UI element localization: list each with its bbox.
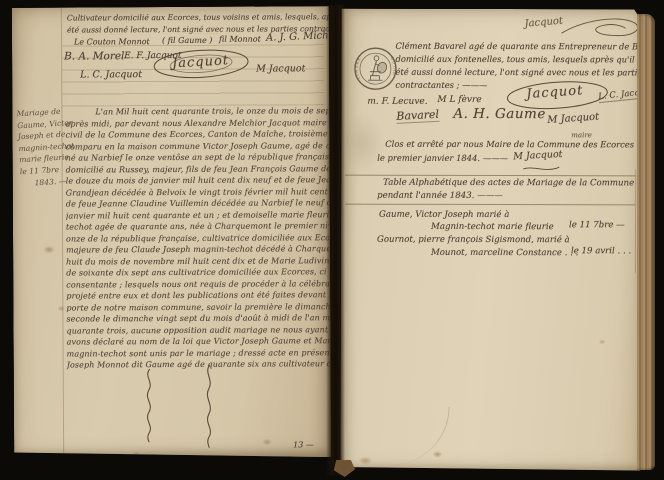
act-line: majeure de feu Claude Joseph magnin-tech… (66, 243, 329, 256)
table-row-bride: Mounot, marceline Constance . . . (431, 248, 578, 258)
act-line: techot agée de quarante ans, née à Charq… (66, 220, 329, 233)
stain (432, 451, 442, 458)
table-row-groom: Gaume, Victor Joseph marié à (379, 210, 509, 220)
witness-line: été aussi donné lecture, l'ont signé ave… (395, 67, 641, 78)
stain (358, 457, 372, 465)
act-text: L'an Mil huit cent quarante trois, le on… (65, 105, 329, 371)
signature-bavarel: Bavarel (396, 108, 439, 124)
act-line: avons déclaré au nom de la loi que Victo… (67, 335, 330, 348)
table-margin-line (635, 169, 636, 273)
witness-line: domicilié aux fontenelles, tous amis, le… (395, 54, 641, 65)
signature-ah-gaume: A. H. Gaume (453, 106, 546, 122)
closure-signature: M Jacquot (513, 149, 563, 162)
act-line: le douze du mois de janvier mil huit cen… (66, 174, 329, 187)
act-line: Joseph Monnot dit Gaume agé de quarante … (67, 358, 330, 371)
signature-ml-fevre: M L fèvre (437, 95, 481, 105)
stain (57, 306, 65, 312)
table-rule (345, 175, 635, 177)
signature-monnot: Le Couton Monnot (74, 37, 150, 46)
witness-line: contractantes ; ——— (395, 80, 487, 90)
act-line: seconde le dimanche vingt sept du mois d… (66, 312, 329, 325)
signature-lc-jacquot: L. C. Jacquot (80, 69, 142, 80)
table-row-bride: Magnin-techot marie fleurie (431, 222, 554, 232)
table-row-date: le 19 avril . . . (571, 246, 631, 256)
stain (262, 438, 272, 445)
closure-line: le premier janvier 1844. ——— (377, 153, 508, 163)
paraph-flourish-icon (560, 13, 642, 43)
stain (132, 451, 140, 456)
closure-line: Clos et arrêté par nous Maire de la Comm… (385, 139, 641, 150)
book-binding (326, 5, 345, 475)
signature-morel: B. A. Morel (64, 50, 124, 62)
squiggle-icon (202, 363, 216, 449)
act-line: né au Narbief le onze ventôse an sept de… (66, 151, 329, 164)
corner-signature: Jacquot (524, 16, 563, 30)
table-rule (345, 204, 635, 206)
table-title: Table Alphabétique des actes de Mariage … (383, 178, 641, 189)
act-line: projeté entre eux et dont les publicatio… (66, 289, 329, 302)
table-row-groom: Gournot, pierre françois Sigismond, mari… (377, 235, 570, 246)
intro-line: Cultivateur domicilié aux Ecorces, tous … (67, 12, 331, 23)
table-title-continued: pendant l'année 1843. ——— (377, 191, 503, 201)
signature-m-jacquot: M Jacquot (547, 111, 599, 125)
page-number: 13 — (293, 440, 314, 449)
act-line: de soixante dix sept ans cultivatrice do… (66, 266, 329, 279)
emboss-mark (340, 112, 385, 174)
stain (43, 246, 55, 254)
squiggle-icon (142, 367, 156, 443)
underline-flourish-icon (521, 164, 561, 174)
left-page: Cultivateur domicilié aux Ecorces, tous … (12, 6, 331, 459)
right-page: Jacquot TIMBRE ROYAL Clément Bavarel agé… (340, 9, 641, 473)
act-line: civil de la Commune des Ecorces, Canton … (65, 128, 328, 141)
royal-stamp-icon: TIMBRE ROYAL (352, 45, 398, 93)
signature-fil-gaume: ( fil Gaume ) (162, 36, 212, 45)
signature-m-jacquot: M Jacquot (256, 63, 305, 74)
page-edge-stack (637, 14, 655, 470)
witness-line: Clément Bavarel agé de quarante ans Entr… (395, 41, 641, 52)
signature-lecuve: m. F. Lecuve. (367, 97, 427, 107)
act-line: L'an Mil huit cent quarante trois, le on… (65, 105, 328, 118)
act-line: de feue Jeanne Claudine Vuillemin décédé… (66, 197, 329, 210)
signature-title-maire: maire (571, 131, 592, 139)
table-row-date: le 11 7bre — (569, 220, 625, 230)
signature-fil-monnot: fil Monnot (219, 35, 261, 44)
stain (599, 339, 606, 344)
